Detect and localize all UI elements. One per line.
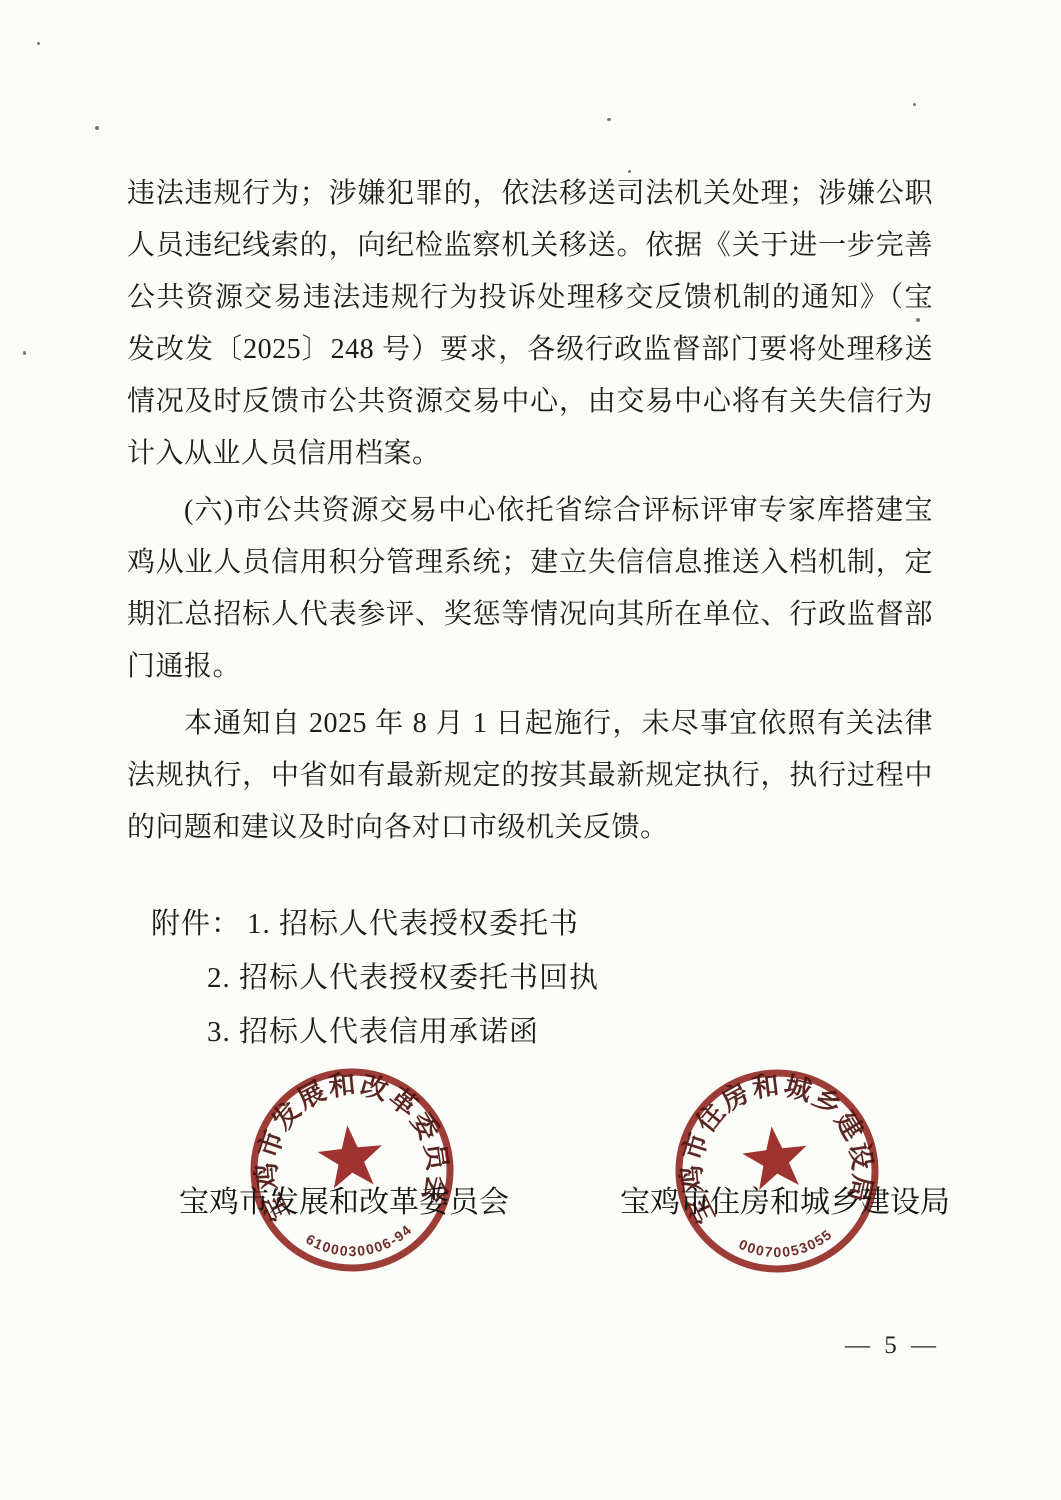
body-line: 公共资源交易违法违规行为投诉处理移交反馈机制的通知》（宝 [127, 272, 933, 324]
attachment-label: 附件： [151, 908, 241, 940]
body-line: 人员违纪线索的，向纪检监察机关移送。依据《关于进一步完善 [127, 220, 933, 272]
scan-speck [23, 351, 26, 355]
body-line: 情况及时反馈市公共资源交易中心，由交易中心将有关失信行为 [127, 376, 933, 428]
issuer-name-housing-construction: 宝鸡市住房和城乡建设局 [620, 1186, 950, 1220]
attachment-item: 3. 招标人代表信用承诺函 [207, 1016, 539, 1048]
issuer-name-development-reform: 宝鸡市发展和改革委员会 [179, 1186, 509, 1220]
attachment-row: 2. 招标人代表授权委托书回执 [151, 951, 599, 1005]
body-line: 违法违规行为；涉嫌犯罪的，依法移送司法机关处理；涉嫌公职 [127, 168, 933, 220]
paragraph-2: (六)市公共资源交易中心依托省综合评标评审专家库搭建宝 鸡从业人员信用积分管理系… [127, 485, 933, 693]
attachment-row: 附件：1. 招标人代表授权委托书 [151, 897, 599, 951]
seal-graphic: 宝鸡市住房和城乡建设局 00070053055 [660, 1054, 894, 1288]
body-line: 鸡从业人员信用积分管理系统；建立失信信息推送入档机制，定 [127, 537, 933, 589]
attachment-item: 2. 招标人代表授权委托书回执 [207, 962, 599, 994]
scan-speck [607, 118, 611, 121]
attachment-row: 3. 招标人代表信用承诺函 [151, 1005, 599, 1059]
scan-speck [95, 126, 99, 130]
body-line: 期汇总招标人代表参评、奖惩等情况向其所在单位、行政监督部 [127, 589, 933, 641]
attachment-list: 附件：1. 招标人代表授权委托书 2. 招标人代表授权委托书回执 3. 招标人代… [151, 897, 599, 1059]
paragraph-1: 违法违规行为；涉嫌犯罪的，依法移送司法机关处理；涉嫌公职 人员违纪线索的，向纪检… [127, 168, 933, 480]
body-line: 计入从业人员信用档案。 [127, 428, 933, 480]
official-seal-housing-construction: 宝鸡市住房和城乡建设局 00070053055 [660, 1054, 894, 1288]
page-number: — 5 — [845, 1332, 940, 1360]
scanned-document-page: 违法违规行为；涉嫌犯罪的，依法移送司法机关处理；涉嫌公职 人员违纪线索的，向纪检… [0, 0, 1061, 1500]
paragraph-3: 本通知自 2025 年 8 月 1 日起施行，未尽事宜依照有关法律 法规执行，中… [127, 698, 933, 854]
seal-star-icon [739, 1122, 811, 1191]
scan-speck [913, 103, 916, 106]
body-line: 门通报。 [127, 641, 933, 693]
scan-speck [37, 42, 40, 45]
body-line: (六)市公共资源交易中心依托省综合评标评审专家库搭建宝 [127, 485, 933, 537]
official-seal-development-reform: 宝鸡市发展和改革委员会 6100030006-94 [237, 1055, 468, 1286]
body-line: 本通知自 2025 年 8 月 1 日起施行，未尽事宜依照有关法律 [127, 698, 933, 750]
seal-graphic: 宝鸡市发展和改革委员会 6100030006-94 [237, 1055, 468, 1286]
attachment-item: 1. 招标人代表授权委托书 [247, 908, 579, 940]
seal-star-icon [315, 1122, 386, 1190]
body-line: 法规执行，中省如有最新规定的按其最新规定执行，执行过程中 [127, 750, 933, 802]
body-line: 发改发〔2025〕248 号）要求，各级行政监督部门要将处理移送 [127, 324, 933, 376]
document-body: 违法违规行为；涉嫌犯罪的，依法移送司法机关处理；涉嫌公职 人员违纪线索的，向纪检… [127, 168, 933, 854]
body-line: 的问题和建议及时向各对口市级机关反馈。 [127, 802, 933, 854]
